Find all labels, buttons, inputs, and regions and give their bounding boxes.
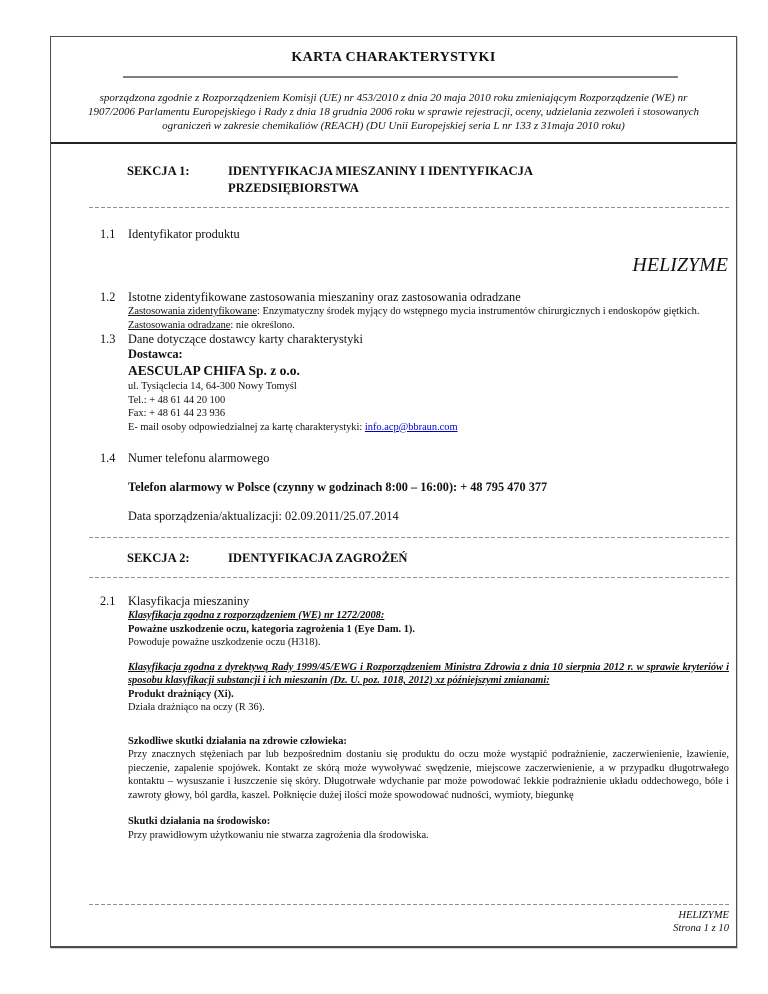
title-divider xyxy=(123,76,678,78)
document-body: SEKCJA 1:IDENTYFIKACJA MIESZANINY I IDEN… xyxy=(51,163,736,842)
directive-risk-statement: Działa drażniąco na oczy (R 36). xyxy=(128,701,729,715)
health-effects-text: Przy znacznych stężeniach par lub bezpoś… xyxy=(128,748,729,802)
identified-uses-line: Zastosowania zidentyfikowane: Enzymatycz… xyxy=(128,305,729,319)
section-2-top-divider xyxy=(89,537,729,538)
footer-page-number: Strona 1 z 10 xyxy=(89,923,729,936)
item-1-1-number: 1.1 xyxy=(100,227,128,242)
clp-classification-heading: Klasyfikacja zgodna z rozporządzeniem (W… xyxy=(128,609,729,623)
emergency-phone-line: Telefon alarmowy w Polsce (czynny w godz… xyxy=(128,480,729,495)
identified-uses-label: Zastosowania zidentyfikowane xyxy=(128,306,257,317)
supplier-address: ul. Tysiąclecia 14, 64-300 Nowy Tomyśl xyxy=(128,380,729,394)
section-2-label: SEKCJA 2: xyxy=(127,550,228,567)
email-link[interactable]: info.acp@bbraun.com xyxy=(365,422,458,433)
clp-hazard-statement: Powoduje poważne uszkodzenie oczu (H318)… xyxy=(128,636,729,650)
section-1-title: IDENTYFIKACJA MIESZANINY I IDENTYFIKACJA… xyxy=(228,163,598,197)
environment-effects-heading: Skutki działania na środowisko: xyxy=(128,815,729,829)
section-2-divider xyxy=(89,577,729,578)
advised-against-line: Zastosowania odradzane: nie określono. xyxy=(128,319,729,333)
document-footer: HELIZYME Strona 1 z 10 xyxy=(89,904,729,935)
document-header: KARTA CHARAKTERYSTYKI sporządzona zgodni… xyxy=(51,37,736,144)
footer-divider xyxy=(89,904,729,905)
item-2-1-heading: Klasyfikacja mieszaniny xyxy=(128,594,729,609)
product-name: HELIZYME xyxy=(100,253,729,277)
directive-classification-class: Produkt drażniący (Xi). xyxy=(128,688,729,702)
item-2-1-number: 2.1 xyxy=(100,594,128,609)
health-effects-heading: Szkodliwe skutki działania na zdrowie cz… xyxy=(128,735,729,749)
environment-effects-text: Przy prawidłowym użytkowaniu nie stwarza… xyxy=(128,829,729,843)
section-1-divider xyxy=(89,207,729,208)
supplier-email-line: E- mail osoby odpowiedzialnej za kartę c… xyxy=(128,421,729,435)
footer-product-name: HELIZYME xyxy=(89,910,729,923)
section-1-heading: SEKCJA 1:IDENTYFIKACJA MIESZANINY I IDEN… xyxy=(127,163,729,197)
item-1-4-number: 1.4 xyxy=(100,451,128,466)
item-1-2-number: 1.2 xyxy=(100,290,128,305)
supplier-name: AESCULAP CHIFA Sp. z o.o. xyxy=(128,362,729,380)
item-1-2-heading: Istotne zidentyfikowane zastosowania mie… xyxy=(128,290,729,305)
email-label: E- mail osoby odpowiedzialnej za kartę c… xyxy=(128,422,365,433)
item-2-1: 2.1 Klasyfikacja mieszaniny xyxy=(100,594,729,609)
document-title: KARTA CHARAKTERYSTYKI xyxy=(69,50,718,66)
supplier-label: Dostawca: xyxy=(128,347,729,362)
supplier-fax: Fax: + 48 61 44 23 936 xyxy=(128,407,729,421)
document-subtitle: sporządzona zgodnie z Rozporządzeniem Ko… xyxy=(69,91,718,133)
supplier-tel: Tel.: + 48 61 44 20 100 xyxy=(128,394,729,408)
item-1-3: 1.3 Dane dotyczące dostawcy karty charak… xyxy=(100,332,729,347)
item-1-3-heading: Dane dotyczące dostawcy karty charaktery… xyxy=(128,332,729,347)
document-page: KARTA CHARAKTERYSTYKI sporządzona zgodni… xyxy=(50,36,737,948)
item-1-3-number: 1.3 xyxy=(100,332,128,347)
clp-classification-class: Poważne uszkodzenie oczu, kategoria zagr… xyxy=(128,623,729,637)
item-1-1: 1.1 Identyfikator produktu xyxy=(100,227,729,242)
item-1-1-heading: Identyfikator produktu xyxy=(128,227,729,242)
section-2-title: IDENTYFIKACJA ZAGROŻEŃ xyxy=(228,550,408,567)
section-1-label: SEKCJA 1: xyxy=(127,163,228,180)
item-1-4-heading: Numer telefonu alarmowego xyxy=(128,451,729,466)
item-1-2: 1.2 Istotne zidentyfikowane zastosowania… xyxy=(100,290,729,305)
section-2-heading: SEKCJA 2:IDENTYFIKACJA ZAGROŻEŃ xyxy=(127,550,729,567)
directive-classification-heading: Klasyfikacja zgodna z dyrektywą Rady 199… xyxy=(128,661,729,688)
item-1-4: 1.4 Numer telefonu alarmowego xyxy=(100,451,729,466)
identified-uses-text: : Enzymatyczny środek myjący do wstępneg… xyxy=(257,306,699,317)
advised-against-label: Zastosowania odradzane xyxy=(128,320,230,331)
advised-against-text: : nie określono. xyxy=(230,320,294,331)
revision-date-line: Data sporządzenia/aktualizacji: 02.09.20… xyxy=(128,509,729,524)
